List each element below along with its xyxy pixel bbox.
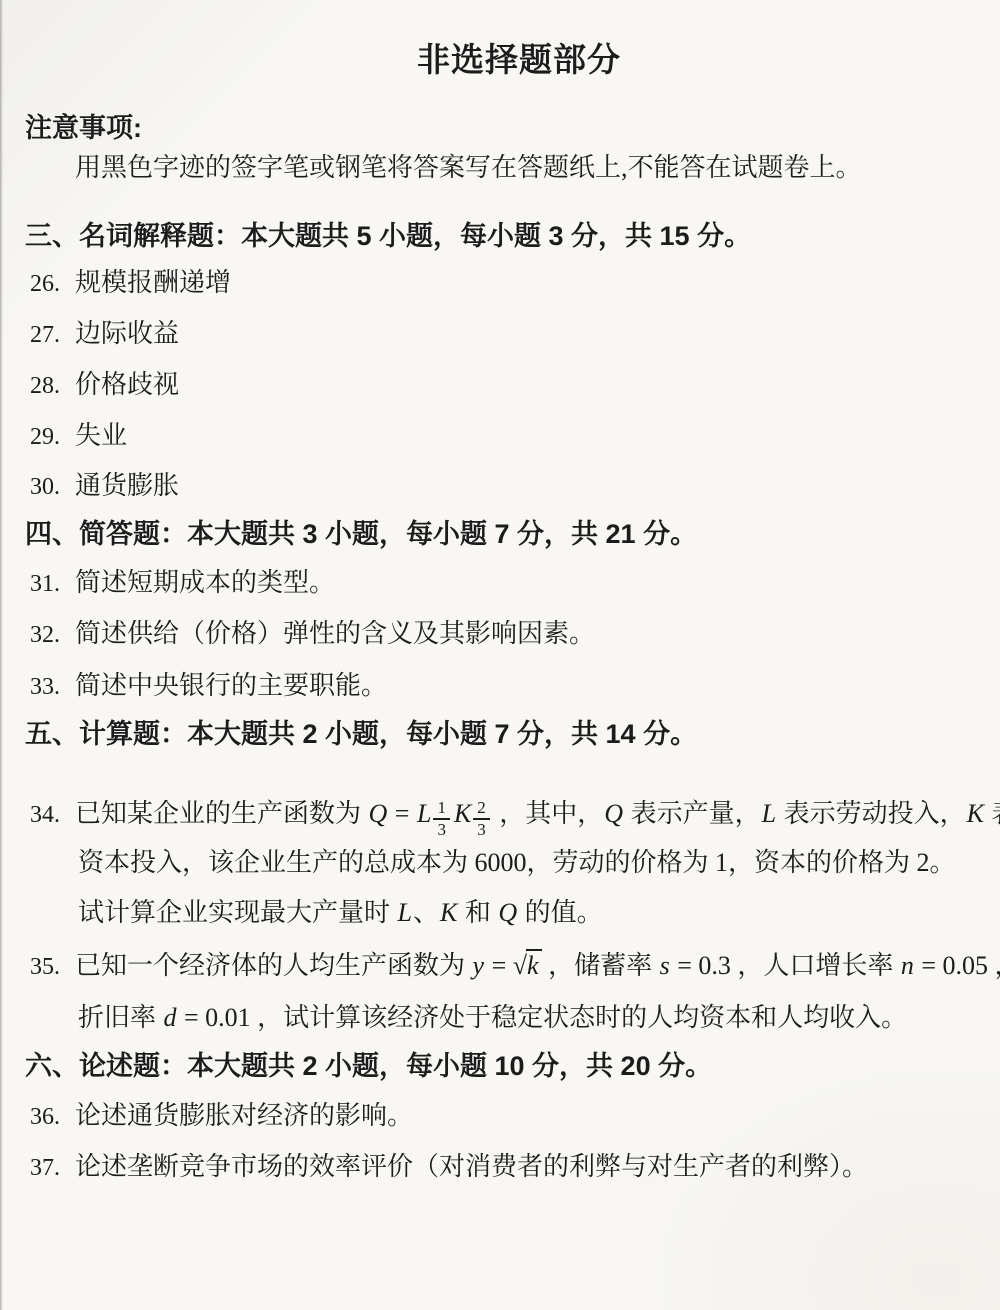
exam-page: { "page": { "title": "非选择题部分", "notice":…: [0, 0, 1000, 1310]
question-text: 已知某企业的生产函数为 Q = L13K23 ，其中，Q 表示产量，L 表示劳动…: [75, 799, 1000, 828]
question-26: 26.规模报酬递增: [30, 267, 231, 300]
text-run: 试计算企业实现最大产量时: [78, 898, 397, 927]
question-32: 32.简述供给（价格）弹性的含义及其影响因素。: [30, 618, 595, 651]
question-34-line-1: 34.已知某企业的生产函数为 Q = L13K23 ，其中，Q 表示产量，L 表…: [30, 798, 1000, 839]
text-run: 表示劳动投入，: [777, 799, 966, 828]
text-run: = 0.3 ，人口增长率: [671, 951, 900, 980]
question-number: 29.: [30, 422, 75, 452]
question-30: 30.通货膨胀: [30, 470, 179, 503]
question-33: 33.简述中央银行的主要职能。: [30, 670, 387, 703]
text-run: =: [388, 799, 416, 828]
question-number: 30.: [30, 472, 75, 502]
question-34-line-2: 资本投入，该企业生产的总成本为 6000，劳动的价格为 1，资本的价格为 2。: [78, 847, 956, 880]
question-36: 36.论述通货膨胀对经济的影响。: [30, 1100, 413, 1133]
math-exponent-fraction: 23: [473, 799, 490, 839]
notice-heading: 注意事项:: [25, 112, 142, 144]
question-number: 32.: [30, 620, 75, 650]
question-text: 论述垄断竞争市场的效率评价（对消费者的利弊与对生产者的利弊）。: [75, 1152, 868, 1181]
math-variable: n: [900, 951, 915, 980]
question-34-line-3: 试计算企业实现最大产量时 L、K 和 Q 的值。: [78, 897, 603, 930]
text-run: 资本投入，该企业生产的总成本为 6000，劳动的价格为 1，资本的价格为 2。: [78, 848, 956, 877]
question-text: 论述通货膨胀对经济的影响。: [75, 1101, 413, 1130]
question-37: 37.论述垄断竞争市场的效率评价（对消费者的利弊与对生产者的利弊）。: [30, 1151, 868, 1184]
text-run: 已知一个经济体的人均生产函数为: [75, 951, 472, 980]
question-text: 已知一个经济体的人均生产函数为 y = √k ，储蓄率 s = 0.3 ，人口增…: [75, 951, 1000, 980]
math-variable: L: [397, 898, 413, 927]
question-text: 简述短期成本的类型。: [75, 568, 335, 597]
text-run: = 0.01 ，试计算该经济处于稳定状态时的人均资本和人均收入。: [178, 1003, 908, 1032]
math-variable: d: [163, 1003, 178, 1032]
question-number: 27.: [30, 320, 75, 350]
question-number: 35.: [30, 952, 75, 982]
math-variable: L: [761, 799, 777, 828]
text-run: 已知某企业的生产函数为: [75, 799, 368, 828]
math-variable: K: [453, 799, 472, 828]
math-variable: s: [659, 951, 671, 980]
question-31: 31.简述短期成本的类型。: [30, 567, 335, 600]
question-text: 资本投入，该企业生产的总成本为 6000，劳动的价格为 1，资本的价格为 2。: [78, 848, 956, 877]
question-text: 边际收益: [75, 319, 179, 348]
math-variable: Q: [368, 799, 389, 828]
question-text: 价格歧视: [75, 370, 179, 399]
question-35-line-2: 折旧率 d = 0.01 ，试计算该经济处于稳定状态时的人均资本和人均收入。: [78, 1002, 907, 1035]
math-variable: y: [472, 951, 486, 980]
math-square-root: √k: [513, 951, 542, 980]
math-exponent-fraction: 13: [433, 799, 450, 839]
text-run: 表示产量，: [624, 799, 761, 828]
text-run: ，储蓄率: [542, 951, 659, 980]
text-run: 表示: [985, 799, 1000, 828]
question-text: 通货膨胀: [75, 471, 179, 500]
math-variable: L: [416, 799, 432, 828]
question-number: 34.: [30, 800, 75, 830]
text-run: 折旧率: [78, 1003, 163, 1032]
question-text: 失业: [75, 421, 127, 450]
question-number: 31.: [30, 569, 75, 599]
text-run: 、: [413, 898, 439, 927]
text-run: =: [485, 951, 513, 980]
question-35-line-1: 35.已知一个经济体的人均生产函数为 y = √k ，储蓄率 s = 0.3 ，…: [30, 950, 1000, 983]
text-run: 和: [458, 898, 497, 927]
question-27: 27.边际收益: [30, 318, 179, 351]
question-text: 规模报酬递增: [75, 268, 231, 297]
question-text: 折旧率 d = 0.01 ，试计算该经济处于稳定状态时的人均资本和人均收入。: [78, 1003, 907, 1032]
text-run: 的值。: [518, 898, 603, 927]
question-text: 简述中央银行的主要职能。: [75, 671, 387, 700]
scan-left-edge: [0, 0, 3, 1310]
question-text: 试计算企业实现最大产量时 L、K 和 Q 的值。: [78, 898, 603, 927]
question-text: 简述供给（价格）弹性的含义及其影响因素。: [75, 619, 595, 648]
section-heading-4: 四、简答题：本大题共 3 小题，每小题 7 分，共 21 分。: [25, 518, 697, 550]
question-number: 26.: [30, 269, 75, 299]
question-number: 37.: [30, 1153, 75, 1183]
page-title: 非选择题部分: [38, 40, 1000, 80]
section-heading-6: 六、论述题：本大题共 2 小题，每小题 10 分，共 20 分。: [25, 1050, 712, 1082]
text-run: = 0.05 ，: [915, 951, 1000, 980]
math-variable: Q: [497, 898, 518, 927]
notice-text: 用黑色字迹的签字笔或钢笔将答案写在答题纸上,不能答在试题卷上。: [75, 152, 862, 183]
math-variable: K: [439, 898, 458, 927]
question-number: 36.: [30, 1102, 75, 1132]
section-heading-3: 三、名词解释题：本大题共 5 小题，每小题 3 分，共 15 分。: [25, 220, 751, 252]
question-number: 33.: [30, 672, 75, 702]
question-29: 29.失业: [30, 420, 127, 453]
question-number: 28.: [30, 371, 75, 401]
math-variable: Q: [603, 799, 624, 828]
question-28: 28.价格歧视: [30, 369, 179, 402]
section-heading-5: 五、计算题：本大题共 2 小题，每小题 7 分，共 14 分。: [25, 718, 697, 750]
math-variable: K: [966, 799, 985, 828]
text-run: ，其中，: [493, 799, 604, 828]
